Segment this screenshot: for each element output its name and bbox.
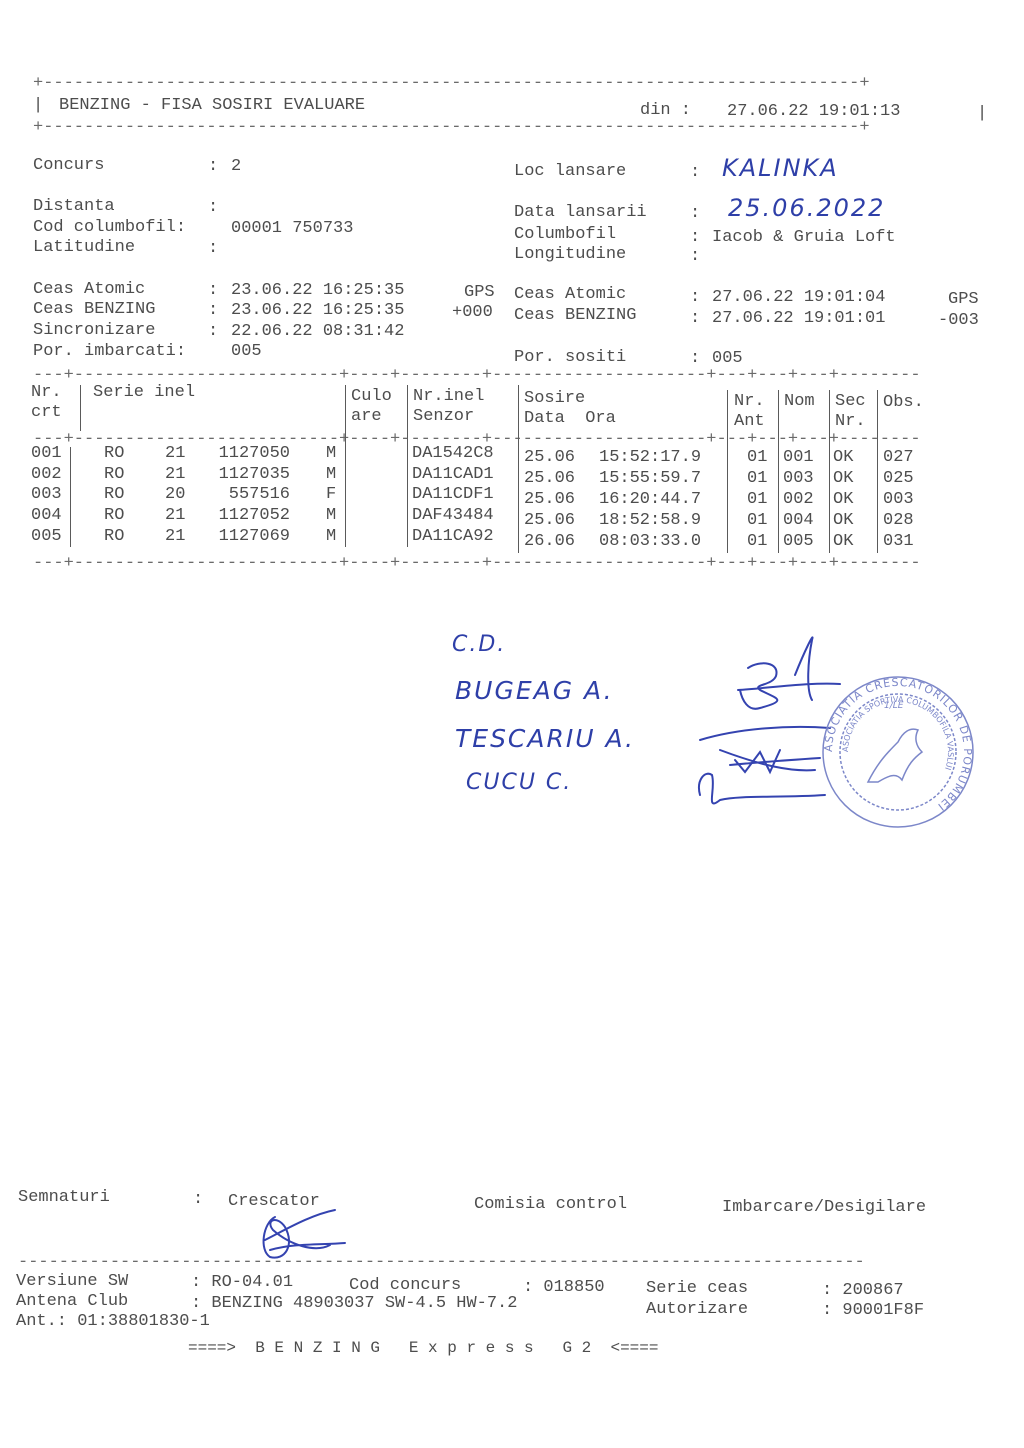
autorizare-value: : 90001F8F xyxy=(822,1301,924,1321)
comisia-control-label: Comisia control xyxy=(474,1195,627,1215)
antena-club-label: Antena Club xyxy=(16,1292,128,1312)
footer-divider: ----------------------------------------… xyxy=(18,1253,968,1273)
imbarcare-desigilare-label: Imbarcare/Desigilare xyxy=(722,1198,926,1218)
antena-club-value: : BENZING 48903037 SW-4.5 HW-7.2 xyxy=(191,1294,517,1314)
semnaturi-sep: : xyxy=(193,1190,203,1210)
stamp-number: 1/LE xyxy=(884,701,904,711)
dove-icon xyxy=(868,729,922,782)
association-stamp: ASOCIATIA CRESCATORILOR DE PORUMBEI ASOC… xyxy=(818,672,978,832)
versiune-sw-label: Versiune SW xyxy=(16,1272,128,1292)
versiune-sw-value: : RO-04.01 xyxy=(191,1273,293,1293)
brand-line: ====> B E N Z I N G E x p r e s s G 2 <=… xyxy=(188,1338,658,1358)
ant-line: Ant.: 01:38801830-1 xyxy=(16,1312,210,1332)
serie-ceas-value: : 200867 xyxy=(822,1281,904,1301)
cod-concurs-label: Cod concurs xyxy=(349,1276,461,1296)
semnaturi-label: Semnaturi xyxy=(18,1188,110,1208)
serie-ceas-label: Serie ceas xyxy=(646,1279,748,1299)
cod-concurs-value: : 018850 xyxy=(523,1278,605,1298)
autorizare-label: Autorizare xyxy=(646,1300,748,1320)
